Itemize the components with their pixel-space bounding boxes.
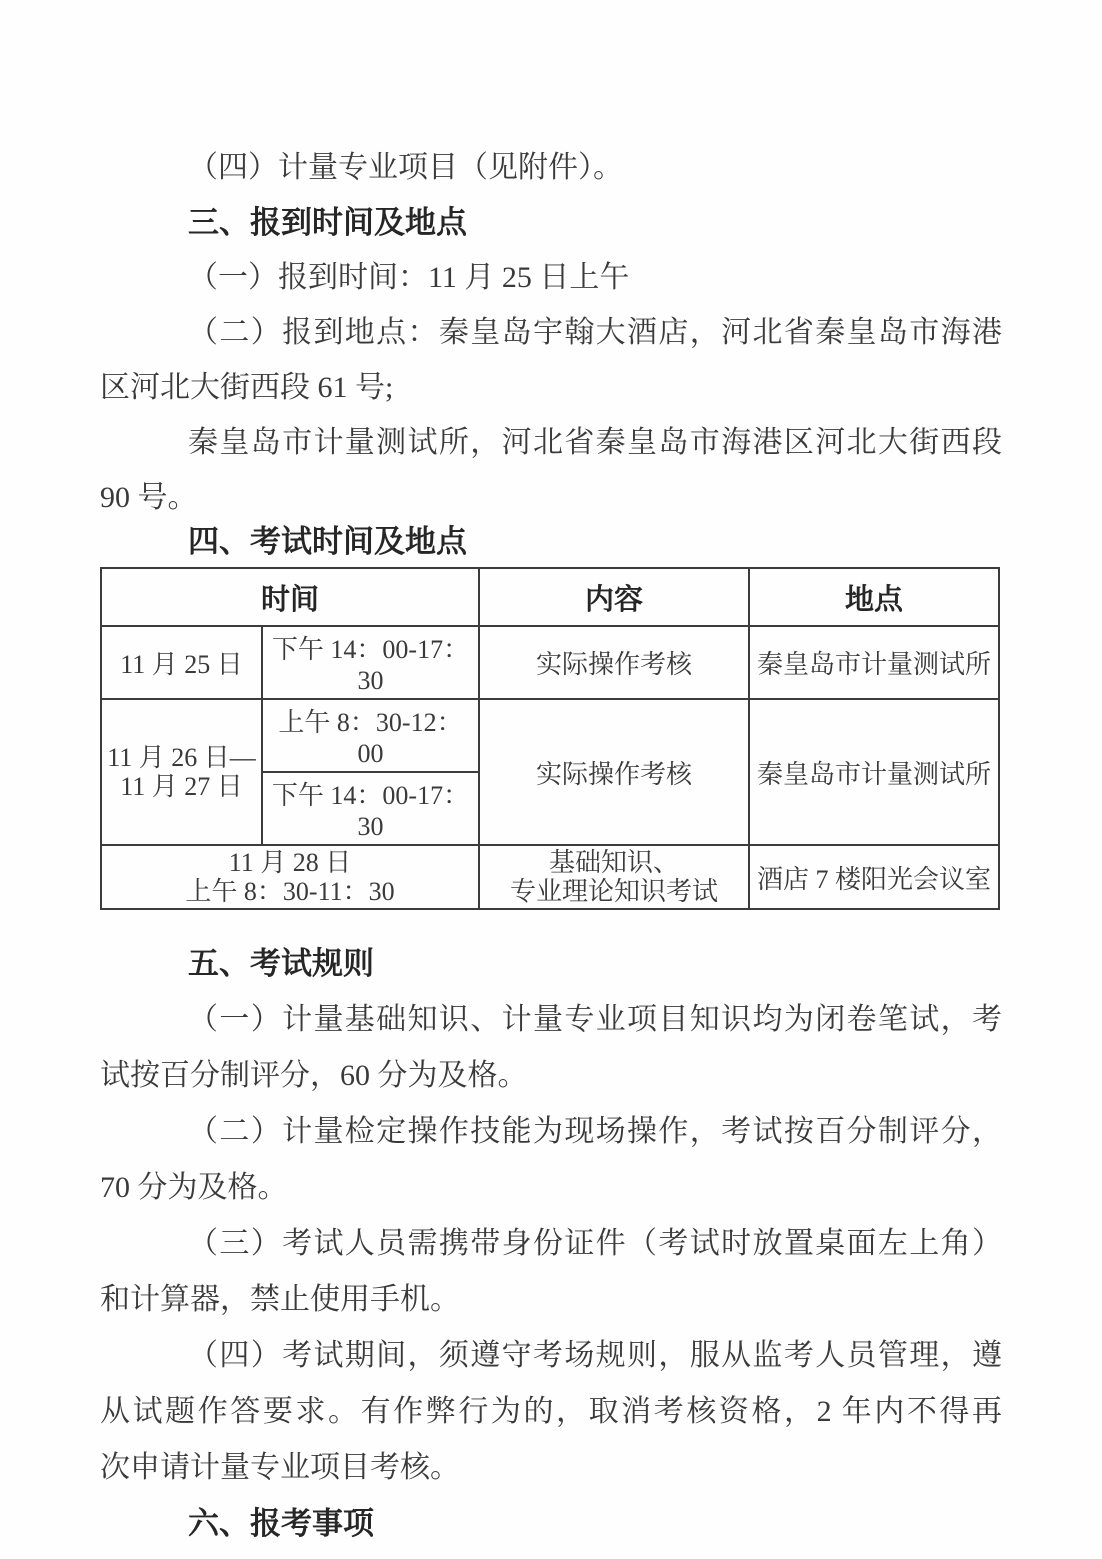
paragraph-line: （二）计量检定操作技能为现场操作，考试按百分制评分， (100, 1104, 1002, 1160)
paragraph-line: 次申请计量专业项目考核。 (100, 1440, 1002, 1496)
cell-content-nov26-27: 实际操作考核 (479, 699, 749, 845)
paragraph-line: （四）计量专业项目（见附件）。 (100, 140, 1002, 195)
paragraph-line: 90 号。 (100, 470, 1002, 525)
paragraph-line: （二）报到地点：秦皇岛宇翰大酒店，河北省秦皇岛市海港 (100, 305, 1002, 360)
section-heading-5: 五、考试规则 (100, 936, 1002, 992)
cell-time-nov25: 下午 14：00-17：30 (262, 626, 479, 699)
top-text-block: （四）计量专业项目（见附件）。 三、报到时间及地点 （一）报到时间：11 月 2… (100, 140, 1002, 563)
cell-date-nov26-27: 11 月 26 日— 11 月 27 日 (101, 699, 262, 845)
bottom-text-block: 五、考试规则 （一）计量基础知识、计量专业项目知识均为闭卷笔试，考 试按百分制评… (100, 936, 1002, 1552)
cell-datetime-nov28: 11 月 28 日 上午 8：30-11：30 (101, 845, 479, 909)
datetime-line-2: 上午 8：30-11：30 (106, 877, 474, 906)
cell-location-nov25: 秦皇岛市计量测试所 (749, 626, 999, 699)
cell-date-nov25: 11 月 25 日 (101, 626, 262, 699)
table-header-content: 内容 (479, 568, 749, 626)
cell-content-nov28: 基础知识、 专业理论知识考试 (479, 845, 749, 909)
datetime-line-1: 11 月 28 日 (106, 848, 474, 877)
paragraph-line: 和计算器，禁止使用手机。 (100, 1272, 1002, 1328)
paragraph-line: （三）考试人员需携带身份证件（考试时放置桌面左上角） (100, 1216, 1002, 1272)
section-heading-3: 三、报到时间及地点 (100, 195, 1002, 250)
table-row: 11 月 28 日 上午 8：30-11：30 基础知识、 专业理论知识考试 酒… (101, 845, 999, 909)
table-row: 11 月 26 日— 11 月 27 日 上午 8：30-12：00 实际操作考… (101, 699, 999, 772)
paragraph-line: （一）报到时间：11 月 25 日上午 (100, 250, 1002, 305)
table-row: 11 月 25 日 下午 14：00-17：30 实际操作考核 秦皇岛市计量测试… (101, 626, 999, 699)
paragraph-line: 70 分为及格。 (100, 1160, 1002, 1216)
cell-content-nov25: 实际操作考核 (479, 626, 749, 699)
paragraph-line: 秦皇岛市计量测试所，河北省秦皇岛市海港区河北大街西段 (100, 415, 1002, 470)
date-line-1: 11 月 26 日— (106, 743, 257, 772)
table-header-location: 地点 (749, 568, 999, 626)
paragraph-line: 试按百分制评分，60 分为及格。 (100, 1048, 1002, 1104)
table-header-row: 时间 内容 地点 (101, 568, 999, 626)
cell-time-afternoon: 下午 14：00-17：30 (262, 772, 479, 845)
cell-location-nov26-27: 秦皇岛市计量测试所 (749, 699, 999, 845)
cell-location-nov28: 酒店 7 楼阳光会议室 (749, 845, 999, 909)
date-line-2: 11 月 27 日 (106, 772, 257, 801)
paragraph-line: 区河北大街西段 61 号; (100, 360, 1002, 415)
content-line-2: 专业理论知识考试 (484, 877, 744, 906)
section-heading-6: 六、报考事项 (100, 1496, 1002, 1552)
paragraph-line: （四）考试期间，须遵守考场规则，服从监考人员管理，遵 (100, 1328, 1002, 1384)
table-header-time: 时间 (101, 568, 479, 626)
cell-time-morning: 上午 8：30-12：00 (262, 699, 479, 772)
content-line-1: 基础知识、 (484, 848, 744, 877)
section-heading-4: 四、考试时间及地点 (100, 525, 1002, 563)
paragraph-line: 从试题作答要求。有作弊行为的，取消考核资格，2 年内不得再 (100, 1384, 1002, 1440)
paragraph-line: （一）计量基础知识、计量专业项目知识均为闭卷笔试，考 (100, 992, 1002, 1048)
exam-schedule-table: 时间 内容 地点 11 月 25 日 下午 14：00-17：30 实际操作考核… (100, 567, 1000, 910)
document-page: （四）计量专业项目（见附件）。 三、报到时间及地点 （一）报到时间：11 月 2… (0, 0, 1102, 1559)
